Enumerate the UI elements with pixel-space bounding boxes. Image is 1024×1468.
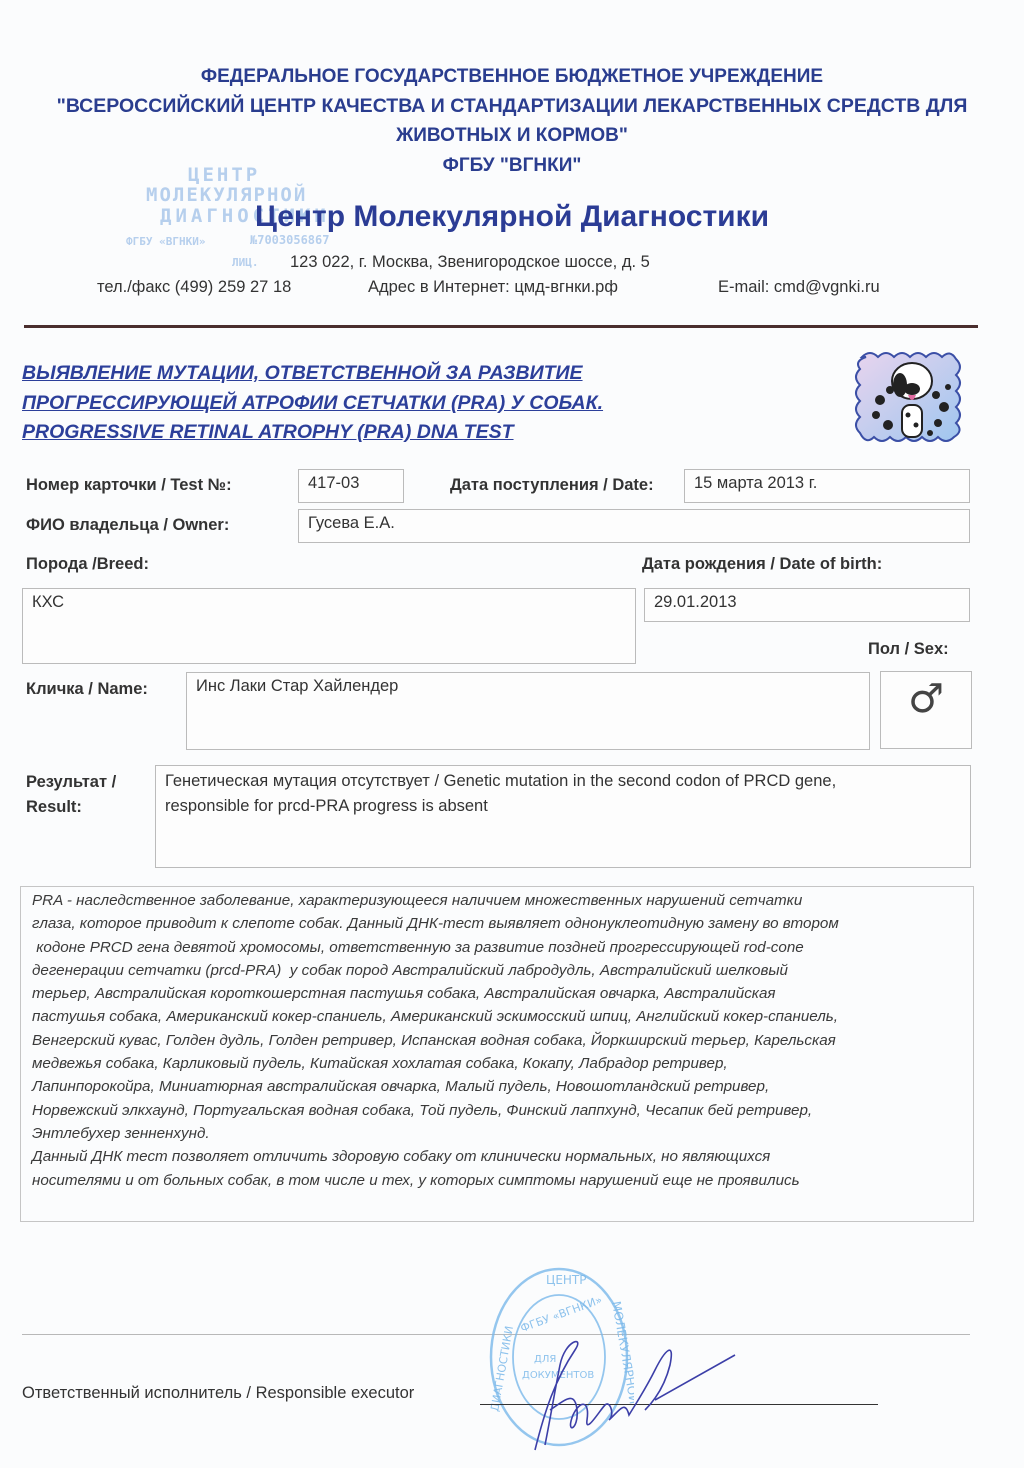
dob-field: 29.01.2013 [644,588,970,622]
website-link[interactable]: Адрес в Интернет: цмд-вгнки.рф [368,278,618,297]
result-text-line1: Генетическая мутация отсутствует / Genet… [165,769,961,794]
test-no-label: Номер карточки / Test №: [26,476,232,495]
doc-title-line2: ПРОГРЕССИРУЮЩЕЙ АТРОФИИ СЕТЧАТКИ (PRA) У… [22,390,603,416]
owner-label: ФИО владельца / Owner: [26,516,229,535]
breed-label: Порода /Breed: [26,555,149,574]
owner-field: Гусева Е.А. [298,509,970,543]
org-name-line1: ФЕДЕРАЛЬНОЕ ГОСУДАРСТВЕННОЕ БЮДЖЕТНОЕ УЧ… [0,66,1024,88]
note-line: глаза, которое приводит к слепоте собак.… [32,912,962,935]
date-field: 15 марта 2013 г. [684,469,970,503]
pra-description-box: PRA - наследственное заболевание, характ… [20,886,974,1222]
note-line: дегенерации сетчатки (prcd-PRA) у собак … [32,959,962,982]
note-line: Норвежский элкхаунд, Португальская водна… [32,1099,962,1122]
note-line: Венгерский кувас, Голден дудль, Голден р… [32,1029,962,1052]
test-no-field: 417-03 [298,469,404,503]
note-line: терьер, Австралийская короткошерстная па… [32,982,962,1005]
dob-label: Дата рождения / Date of birth: [642,555,882,574]
note-line: пастушья собака, Американский кокер-спан… [32,1005,962,1028]
note-line: медвежья собака, Карликовый пудель, Кита… [32,1052,962,1075]
address: 123 022, г. Москва, Звенигородское шоссе… [290,253,650,272]
result-label-ru: Результат / [26,773,116,792]
doc-title-line1: ВЫЯВЛЕНИЕ МУТАЦИИ, ОТВЕТСТВЕННОЙ ЗА РАЗВ… [22,360,583,386]
note-line: Данный ДНК тест позволяет отличить здоро… [32,1145,962,1168]
faint-stamp-line5: №7003056867 [250,233,329,247]
handwritten-signature-icon [505,1320,745,1460]
svg-text:ЦЕНТР: ЦЕНТР [546,1273,587,1287]
note-line: PRA - наследственное заболевание, характ… [32,889,962,912]
dalmatian-dog-logo-icon [850,345,972,453]
note-line: носителями и от больных собак, в том чис… [32,1169,962,1192]
result-field: Генетическая мутация отсутствует / Genet… [155,765,971,868]
sex-label: Пол / Sex: [868,640,949,659]
note-line: кодоне PRCD гена девятой хромосомы, отве… [32,936,962,959]
result-text-line2: responsible for prcd-PRA progress is abs… [165,794,961,819]
note-line: Лапинпорокойра, Миниатюрная австралийска… [32,1075,962,1098]
result-label-en: Result: [26,798,82,817]
header-divider [24,325,978,328]
faint-stamp-line6: ЛИЦ. [232,256,259,269]
faint-stamp-line4: ФГБУ «ВГНКИ» [126,235,205,248]
executor-label: Ответственный исполнитель / Responsible … [22,1384,414,1403]
faint-stamp-line1: ЦЕНТР [188,164,260,186]
name-label: Кличка / Name: [26,680,148,699]
email-link[interactable]: E-mail: cmd@vgnki.ru [718,278,880,297]
center-name: Центр Молекулярной Диагностики [0,200,1024,234]
org-abbreviation: ФГБУ "ВГНКИ" [0,155,1024,177]
note-line: Энтлебухер зенненхунд. [32,1122,962,1145]
male-sex-icon: ♂ [880,671,972,749]
org-name-line2: "ВСЕРОССИЙСКИЙ ЦЕНТР КАЧЕСТВА И СТАНДАРТ… [0,95,1024,118]
dog-name-field: Инс Лаки Стар Хайлендер [186,672,870,750]
breed-field: КХС [22,588,636,664]
doc-title-line3: PROGRESSIVE RETINAL ATROPHY (PRA) DNA TE… [22,419,514,445]
date-label: Дата поступления / Date: [450,476,654,495]
phone: тел./факс (499) 259 27 18 [97,278,291,297]
org-name-line3: ЖИВОТНЫХ И КОРМОВ" [0,125,1024,147]
